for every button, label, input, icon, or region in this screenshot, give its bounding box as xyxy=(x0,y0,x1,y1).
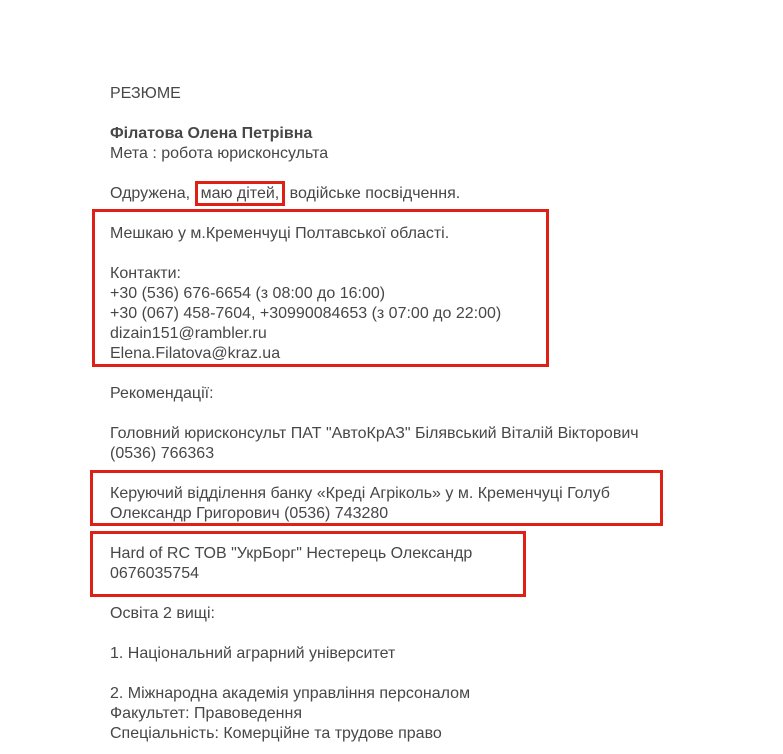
education-2-line-3: Спеціальність: Комерційне та трудове пра… xyxy=(110,724,639,744)
education-1-line-1: 1. Національний аграрний університет xyxy=(110,644,639,664)
contact-email-2: Elena.Filatova@kraz.ua xyxy=(110,344,639,364)
recommendation-2-line-2: Олександр Григорович (0536) 743280 xyxy=(110,504,639,524)
education-item: 2. Міжнародна академія управління персон… xyxy=(110,684,639,744)
recommendations-label: Рекомендації: xyxy=(110,384,639,404)
document-title: РЕЗЮМЕ xyxy=(110,84,639,104)
marital-status-line: Одружена, маю дітей, водійське посвідчен… xyxy=(110,184,639,204)
annotation-box-children: маю дітей, xyxy=(195,181,286,206)
recommendation-3-line-2: 0676035754 xyxy=(110,564,639,584)
residence-line: Мешкаю у м.Кременчуці Полтавської област… xyxy=(110,224,639,244)
recommendation-1-line-2: (0536) 766363 xyxy=(110,444,639,464)
objective-line: Мета : робота юрисконсульта xyxy=(110,144,639,164)
recommendation-1-line-1: Головний юрисконсульт ПАТ "АвтоКрАЗ" Біл… xyxy=(110,424,639,444)
recommendation-item: Головний юрисконсульт ПАТ "АвтоКрАЗ" Біл… xyxy=(110,424,639,464)
recommendation-3-line-1: Hard of RC ТОВ "УкрБорг" Нестерець Олекс… xyxy=(110,544,639,564)
document-body: РЕЗЮМЕ Філатова Олена Петрівна Мета : ро… xyxy=(110,84,639,744)
person-name: Філатова Олена Петрівна xyxy=(110,124,639,144)
education-2-line-1: 2. Міжнародна академія управління персон… xyxy=(110,684,639,704)
contact-phone-1: +30 (536) 676-6654 (з 08:00 до 16:00) xyxy=(110,284,639,304)
education-2-line-2: Факультет: Правоведення xyxy=(110,704,639,724)
resume-document: РЕЗЮМЕ Філатова Олена Петрівна Мета : ро… xyxy=(0,0,783,754)
recommendation-2-line-1: Керуючий відділення банку «Креді Агрікол… xyxy=(110,484,639,504)
contact-email-1: dizain151@rambler.ru xyxy=(110,324,639,344)
recommendation-item: Hard of RC ТОВ "УкрБорг" Нестерець Олекс… xyxy=(110,544,639,584)
education-label: Освіта 2 вищі: xyxy=(110,604,639,624)
contact-phone-2: +30 (067) 458-7604, +30990084653 (з 07:0… xyxy=(110,304,639,324)
marital-suffix: водійське посвідчення. xyxy=(285,185,460,202)
marital-prefix: Одружена, xyxy=(110,185,195,202)
recommendation-item: Керуючий відділення банку «Креді Агрікол… xyxy=(110,484,639,524)
contacts-label: Контакти: xyxy=(110,264,639,284)
education-item: 1. Національний аграрний університет xyxy=(110,644,639,664)
